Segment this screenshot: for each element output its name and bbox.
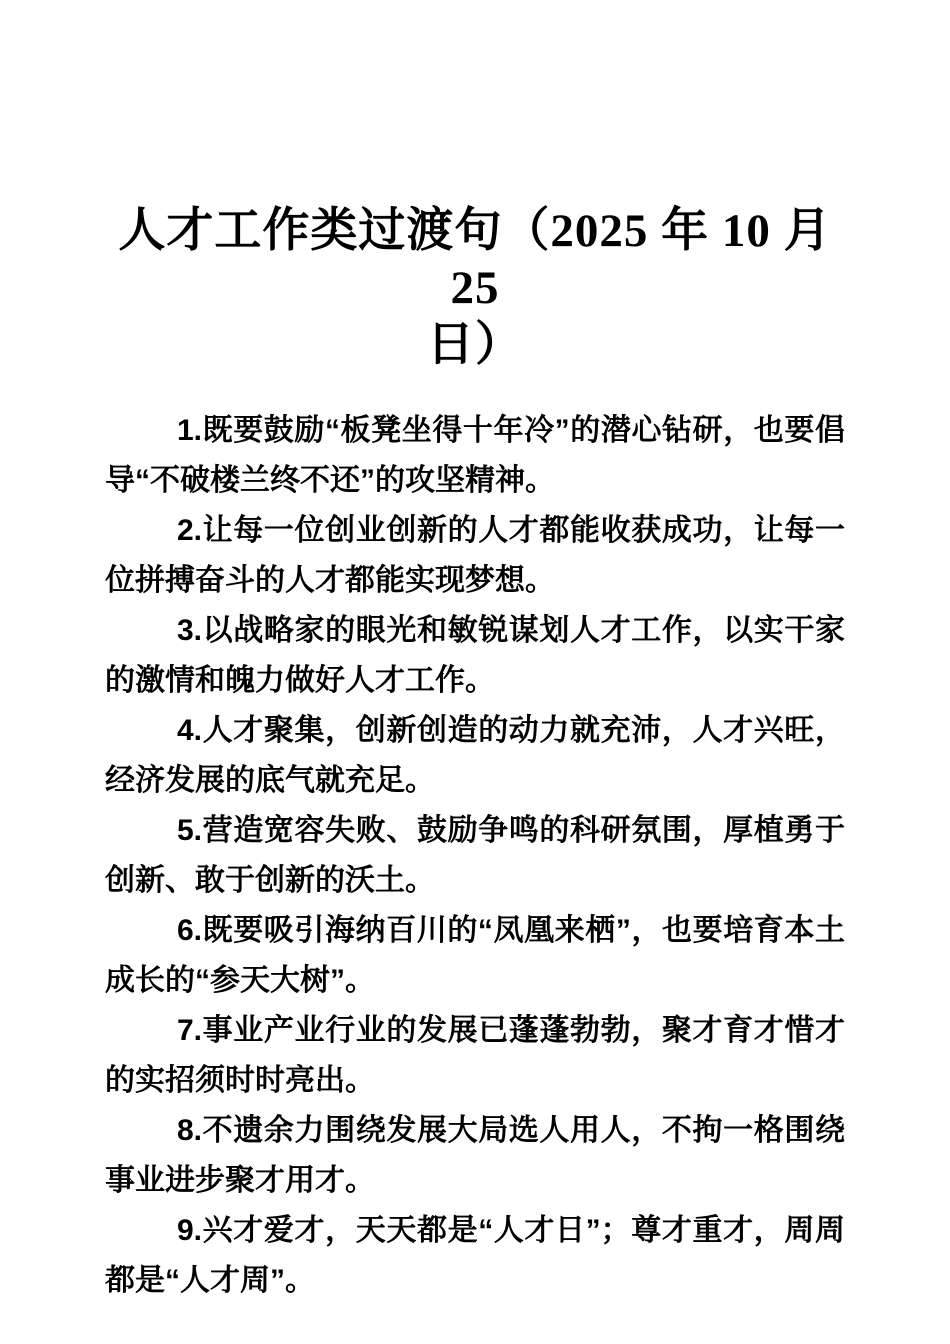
document-body: 1.既要鼓励“板凳坐得十年冷”的潜心钻研，也要倡导“不破楼兰终不还”的攻坚精神。… bbox=[105, 406, 845, 1306]
page-title: 人才工作类过渡句（2025 年 10 月 25 日） bbox=[105, 203, 845, 374]
transition-sentence-2: 2.让每一位创业创新的人才都能收获成功，让每一位拼搏奋斗的人才都能实现梦想。 bbox=[105, 506, 845, 606]
transition-sentence-6: 6.既要吸引海纳百川的“凤凰来栖”，也要培育本土成长的“参天大树”。 bbox=[105, 906, 845, 1006]
transition-sentence-4: 4.人才聚集，创新创造的动力就充沛，人才兴旺，经济发展的底气就充足。 bbox=[105, 706, 845, 806]
transition-sentence-9: 9.兴才爱才，天天都是“人才日”；尊才重才，周周都是“人才周”。 bbox=[105, 1206, 845, 1306]
page-title-line-2: 日） bbox=[427, 319, 523, 371]
transition-sentence-1: 1.既要鼓励“板凳坐得十年冷”的潜心钻研，也要倡导“不破楼兰终不还”的攻坚精神。 bbox=[105, 406, 845, 506]
document-page: 人才工作类过渡句（2025 年 10 月 25 日） 1.既要鼓励“板凳坐得十年… bbox=[0, 0, 950, 1344]
transition-sentence-7: 7.事业产业行业的发展已蓬蓬勃勃，聚才育才惜才的实招须时时亮出。 bbox=[105, 1006, 845, 1106]
transition-sentence-3: 3.以战略家的眼光和敏锐谋划人才工作，以实干家的激情和魄力做好人才工作。 bbox=[105, 606, 845, 706]
transition-sentence-5: 5.营造宽容失败、鼓励争鸣的科研氛围，厚植勇于创新、敢于创新的沃土。 bbox=[105, 806, 845, 906]
page-title-line-1: 人才工作类过渡句（2025 年 10 月 25 bbox=[118, 205, 831, 314]
transition-sentence-8: 8.不遗余力围绕发展大局选人用人，不拘一格围绕事业进步聚才用才。 bbox=[105, 1106, 845, 1206]
